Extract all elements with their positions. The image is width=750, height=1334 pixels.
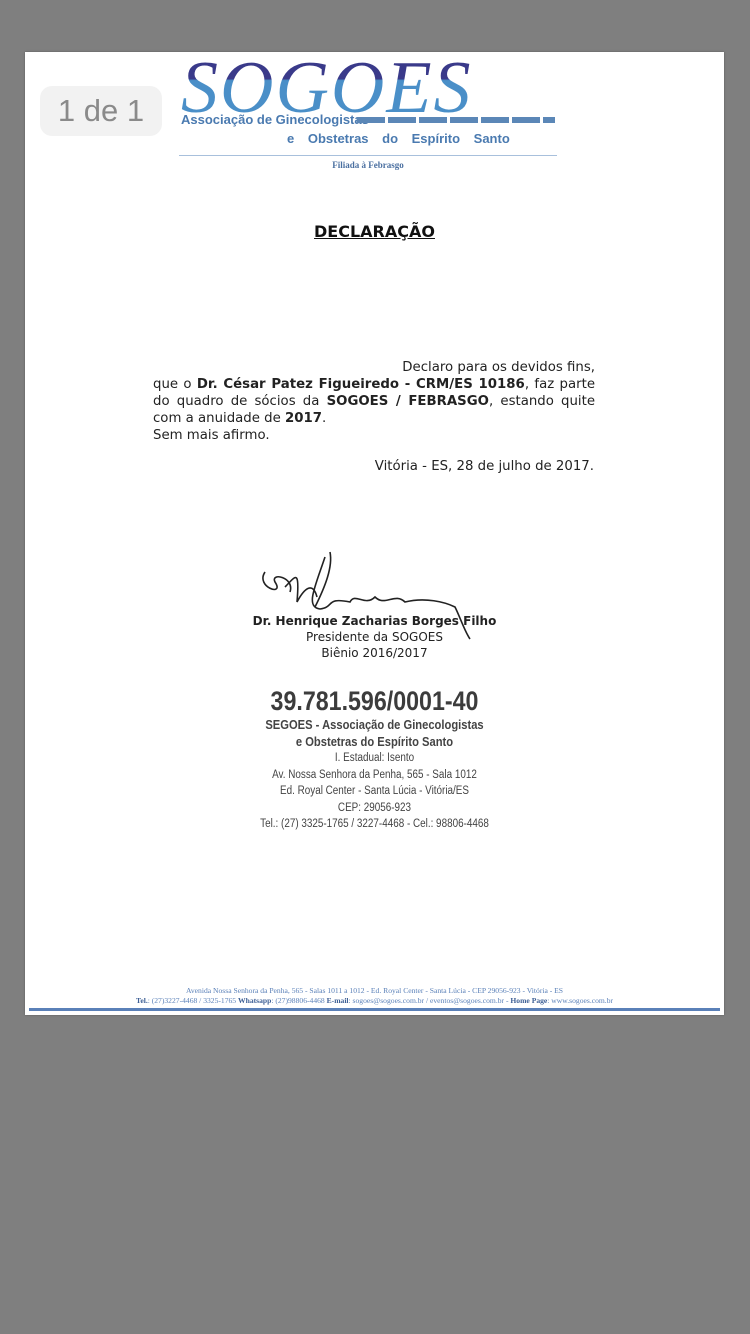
label: E-mail — [327, 996, 349, 1005]
logo-line2: e Obstetras do Espírito Santo — [287, 131, 510, 146]
footer-bar — [29, 1008, 720, 1011]
member-name: Dr. César Patez Figueiredo - CRM/ES 1018… — [197, 377, 525, 392]
value: : www.sogoes.com.br — [547, 996, 613, 1005]
letterhead-subtitle: Filiada à Febrasgo — [179, 160, 557, 170]
value: : (27)3227-4468 / 3325-1765 — [148, 996, 238, 1005]
stamp-line: I. Estadual: Isento — [74, 750, 675, 767]
document-title: DECLARAÇÃO — [25, 222, 724, 241]
cnpj-stamp: 39.781.596/0001-40 SEGOES - Associação d… — [74, 686, 675, 833]
page-counter: 1 de 1 — [40, 86, 162, 136]
closing-line: Sem mais afirmo. — [153, 427, 595, 444]
declaration-body: Declaro para os devidos fins, que o Dr. … — [153, 359, 595, 444]
signer-term: Biênio 2016/2017 — [25, 645, 724, 661]
stamp-line: Tel.: (27) 3325-1765 / 3227-4468 - Cel.:… — [74, 816, 675, 833]
footer-address: Avenida Nossa Senhora da Penha, 565 - Sa… — [25, 986, 724, 996]
letterhead-footer: Avenida Nossa Senhora da Penha, 565 - Sa… — [25, 986, 724, 1006]
value: : (27)98806-4468 — [271, 996, 326, 1005]
letterhead-rule — [179, 155, 557, 156]
opening-line: Declaro para os devidos fins, — [153, 359, 595, 376]
stamp-line: Av. Nossa Senhora da Penha, 565 - Sala 1… — [74, 767, 675, 784]
logo-dashes — [357, 117, 555, 123]
logo-line1: Associação de Ginecologistas — [181, 112, 369, 127]
declaration-paragraph: que o Dr. César Patez Figueiredo - CRM/E… — [153, 376, 595, 427]
label: Home Page — [510, 996, 547, 1005]
signer-block: Dr. Henrique Zacharias Borges Filho Pres… — [25, 613, 724, 661]
signer-role: Presidente da SOGOES — [25, 629, 724, 645]
stamp-line: Ed. Royal Center - Santa Lúcia - Vitória… — [74, 783, 675, 800]
document-page: SOGOES Associação de Ginecologistas e Ob… — [25, 52, 724, 1015]
stamp-line: CEP: 29056-923 — [74, 800, 675, 817]
stamp-line: e Obstetras do Espírito Santo — [74, 733, 675, 750]
label: Whatsapp — [238, 996, 271, 1005]
organization: SOGOES / FEBRASGO — [327, 394, 489, 409]
sogoes-logo: SOGOES Associação de Ginecologistas e Ob… — [179, 56, 559, 166]
label: Tel. — [136, 996, 148, 1005]
text: . — [322, 411, 326, 426]
stamp-line: SEGOES - Associação de Ginecologistas — [74, 716, 675, 733]
year: 2017 — [285, 411, 322, 426]
cnpj-number: 39.781.596/0001-40 — [74, 686, 675, 716]
text: que o — [153, 377, 197, 392]
date-line: Vitória - ES, 28 de julho de 2017. — [375, 459, 594, 474]
footer-contacts: Tel.: (27)3227-4468 / 3325-1765 Whatsapp… — [25, 996, 724, 1006]
signer-name: Dr. Henrique Zacharias Borges Filho — [25, 613, 724, 629]
value: : sogoes@sogoes.com.br / eventos@sogoes.… — [349, 996, 511, 1005]
